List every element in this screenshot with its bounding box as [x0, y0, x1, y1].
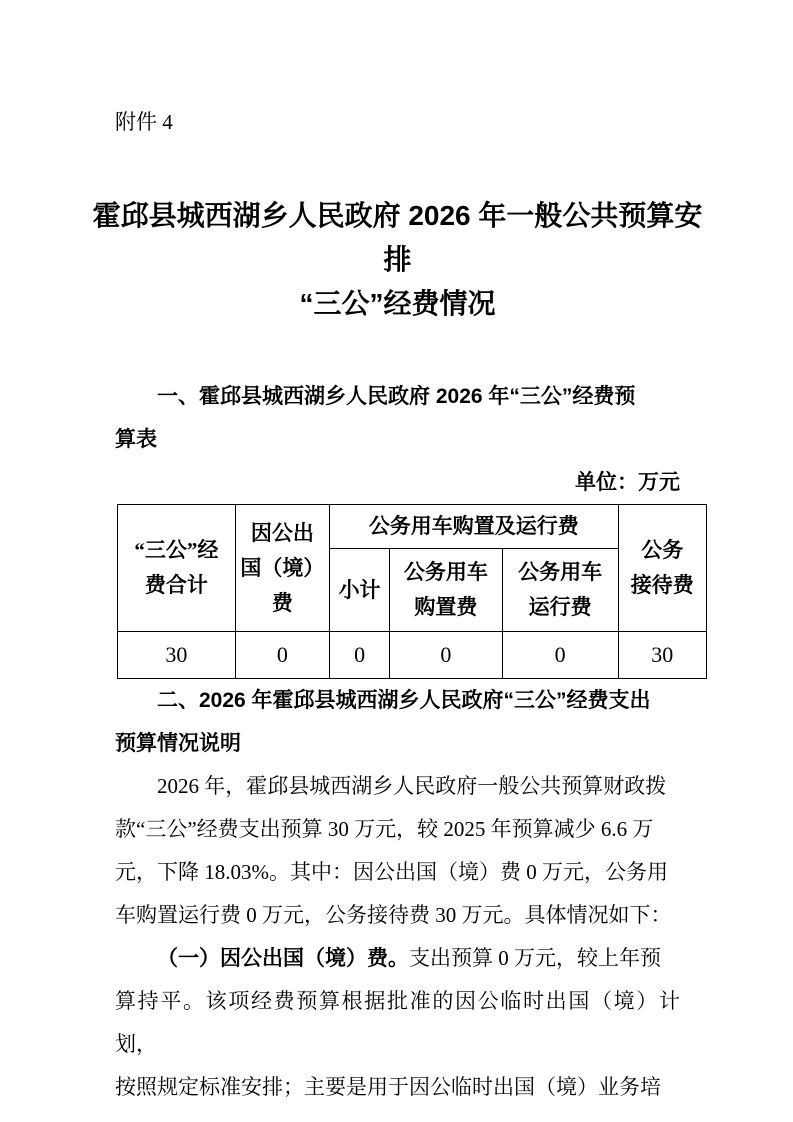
paragraph-overview: 2026 年，霍邱县城西湖乡人民政府一般公共预算财政拨 款“三公”经费支出预算 …: [115, 765, 680, 937]
header-cell-vehicle-subtotal: 小计: [330, 549, 390, 632]
header-cell-reception-fee: 公务 接待费: [618, 505, 706, 632]
table-data-row: 30 0 0 0 0 30: [118, 632, 707, 679]
attachment-label: 附件 4: [115, 101, 680, 144]
header-cell-sangong-total: “三公”经 费合计: [118, 505, 236, 632]
unit-note: 单位：万元: [115, 461, 680, 504]
value-cell-abroad-fee: 0: [235, 632, 329, 679]
document-title: 霍邱县城西湖乡人民政府 2026 年一般公共预算安排 “三公”经费情况: [90, 194, 705, 326]
paragraph-item1: （一）因公出国（境）费。支出预算 0 万元，较上年预 算持平。该项经费预算根据批…: [115, 937, 680, 1109]
header-cell-abroad-fee: 因公出 国（境） 费: [235, 505, 329, 632]
document-page: 附件 4 霍邱县城西湖乡人民政府 2026 年一般公共预算安排 “三公”经费情况…: [0, 0, 793, 1122]
value-cell-vehicle-subtotal: 0: [330, 632, 390, 679]
value-cell-vehicle-operation: 0: [502, 632, 618, 679]
paragraph-item1-lead: （一）因公出国（境）费。: [157, 946, 409, 970]
document-title-line2: “三公”经费情况: [90, 282, 705, 326]
section2-heading: 二、2026 年霍邱县城西湖乡人民政府“三公”经费支出 预算情况说明: [115, 679, 680, 765]
section1-heading: 一、霍邱县城西湖乡人民政府 2026 年“三公”经费预 算表: [115, 375, 680, 461]
value-cell-vehicle-purchase: 0: [390, 632, 502, 679]
table-header-row-1: “三公”经 费合计 因公出 国（境） 费 公务用车购置及运行费 公务 接待费: [118, 505, 707, 549]
document-content: 附件 4 霍邱县城西湖乡人民政府 2026 年一般公共预算安排 “三公”经费情况…: [115, 0, 680, 1109]
value-cell-reception-fee: 30: [618, 632, 706, 679]
value-cell-sangong-total: 30: [118, 632, 236, 679]
header-cell-vehicle-group: 公务用车购置及运行费: [330, 505, 619, 549]
header-cell-vehicle-operation: 公务用车 运行费: [502, 549, 618, 632]
header-cell-vehicle-purchase: 公务用车 购置费: [390, 549, 502, 632]
budget-table: “三公”经 费合计 因公出 国（境） 费 公务用车购置及运行费 公务 接待费 小…: [117, 504, 707, 679]
document-title-line1: 霍邱县城西湖乡人民政府 2026 年一般公共预算安排: [90, 194, 705, 282]
